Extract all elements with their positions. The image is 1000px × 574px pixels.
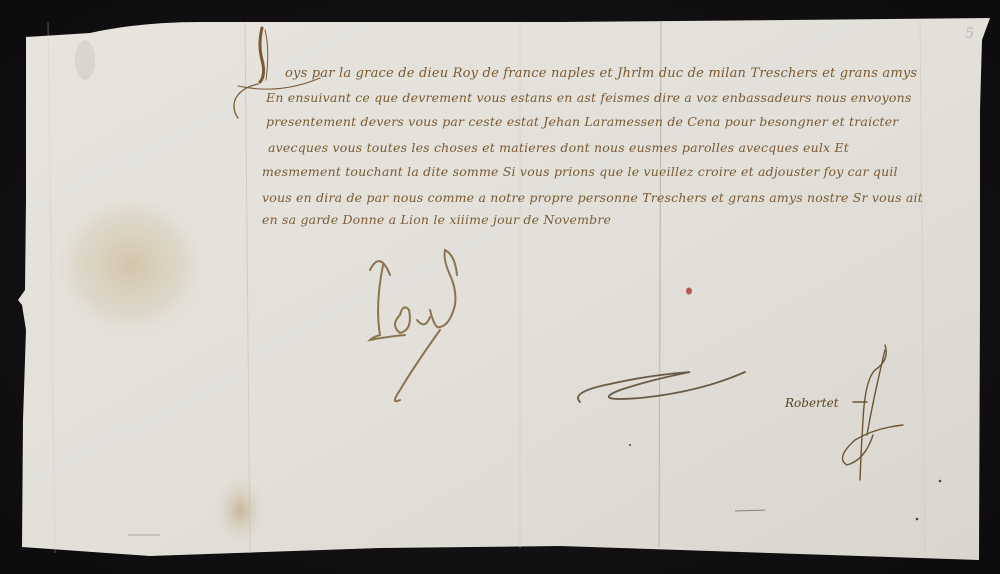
- body-line: vous en dira de par nous comme a notre p…: [262, 190, 923, 205]
- body-line: avecques vous toutes les choses et matie…: [268, 140, 849, 155]
- body-line: En ensuivant ce que devrement vous estan…: [266, 90, 911, 105]
- royal-signature: Loys: [345, 245, 505, 415]
- royal-signature-flourish: [345, 245, 505, 415]
- secretary-flourish: [785, 340, 925, 490]
- body-line: oys par la grace de dieu Roy de france n…: [285, 66, 917, 81]
- paraph-flourish: [570, 360, 770, 410]
- closing-line: en sa garde Donne a Lion le xiiime jour …: [262, 212, 611, 227]
- body-line: mesmement touchant la dite somme Si vous…: [262, 164, 898, 179]
- body-line: presentement devers vous par ceste estat…: [266, 114, 898, 129]
- secretary-signature: Robertet: [785, 340, 925, 490]
